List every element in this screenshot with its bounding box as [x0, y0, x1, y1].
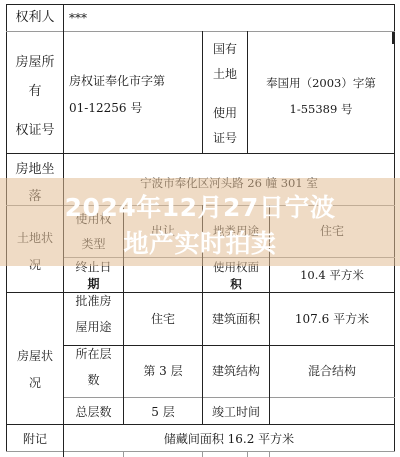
building-area-label: 建筑面积	[203, 306, 269, 332]
banner-title-line1: 2024年12月27日宁波	[0, 190, 400, 226]
label-line: 国有	[213, 37, 237, 62]
note-value: 储藏间面积 16.2 平方米	[64, 426, 394, 452]
structure-label: 建筑结构	[203, 358, 269, 384]
label-line: 有	[28, 77, 41, 106]
total-floors-label: 总层数	[64, 399, 123, 425]
house-cert-value: 房权证奉化市字第 01-12256 号	[69, 68, 201, 122]
floor-label: 所在层 数	[64, 346, 123, 389]
owner-value: ***	[69, 5, 269, 31]
banner-title: 2024年12月27日宁波 地产实时拍卖	[0, 190, 400, 262]
value-line: 奉国用（2003）字第	[266, 70, 376, 96]
house-status-label: 房屋状 况	[7, 343, 63, 397]
completion-value	[270, 399, 394, 425]
total-floors-value: 5 层	[124, 399, 202, 425]
label-line: 况	[29, 370, 41, 397]
value-line: 1-55389 号	[290, 96, 353, 122]
label-line: 积	[230, 276, 242, 293]
structure-value: 混合结构	[270, 358, 394, 384]
row-divider	[6, 153, 395, 154]
building-area-value: 107.6 平方米	[270, 306, 394, 332]
label-line: 使用	[213, 101, 237, 126]
value-line: 01-12256 号	[69, 95, 142, 122]
land-cert-label: 国有 土地 使用 证号	[203, 37, 247, 151]
approved-use-label: 批准房 屋用途	[64, 293, 123, 336]
value-line: 房权证奉化市字第	[69, 68, 165, 95]
owner-label: 权利人	[7, 5, 63, 31]
label-line: 房屋所	[15, 48, 54, 77]
table-marker	[392, 32, 395, 44]
label-line: 所在层	[75, 346, 111, 363]
land-cert-value: 奉国用（2003）字第 1-55389 号	[248, 70, 394, 122]
floor-value: 第 3 层	[124, 358, 202, 384]
banner-title-line2: 地产实时拍卖	[0, 226, 400, 262]
house-cert-label: 房屋所 有 权证号	[7, 48, 63, 145]
label-line: 屋用途	[75, 319, 111, 336]
completion-label: 竣工时间	[203, 399, 269, 425]
approved-use-value: 住宅	[124, 306, 202, 332]
label-line: 土地	[213, 62, 237, 87]
row-divider	[6, 31, 395, 32]
row-divider	[63, 397, 395, 398]
label-line: 期	[87, 276, 99, 293]
label-line: 证号	[213, 126, 237, 151]
label-line: 数	[87, 372, 99, 389]
label-line: 房屋状	[17, 343, 53, 370]
note-label: 附记	[7, 426, 63, 452]
label-line: 权证号	[15, 116, 54, 145]
label-line: 批准房	[75, 293, 111, 310]
